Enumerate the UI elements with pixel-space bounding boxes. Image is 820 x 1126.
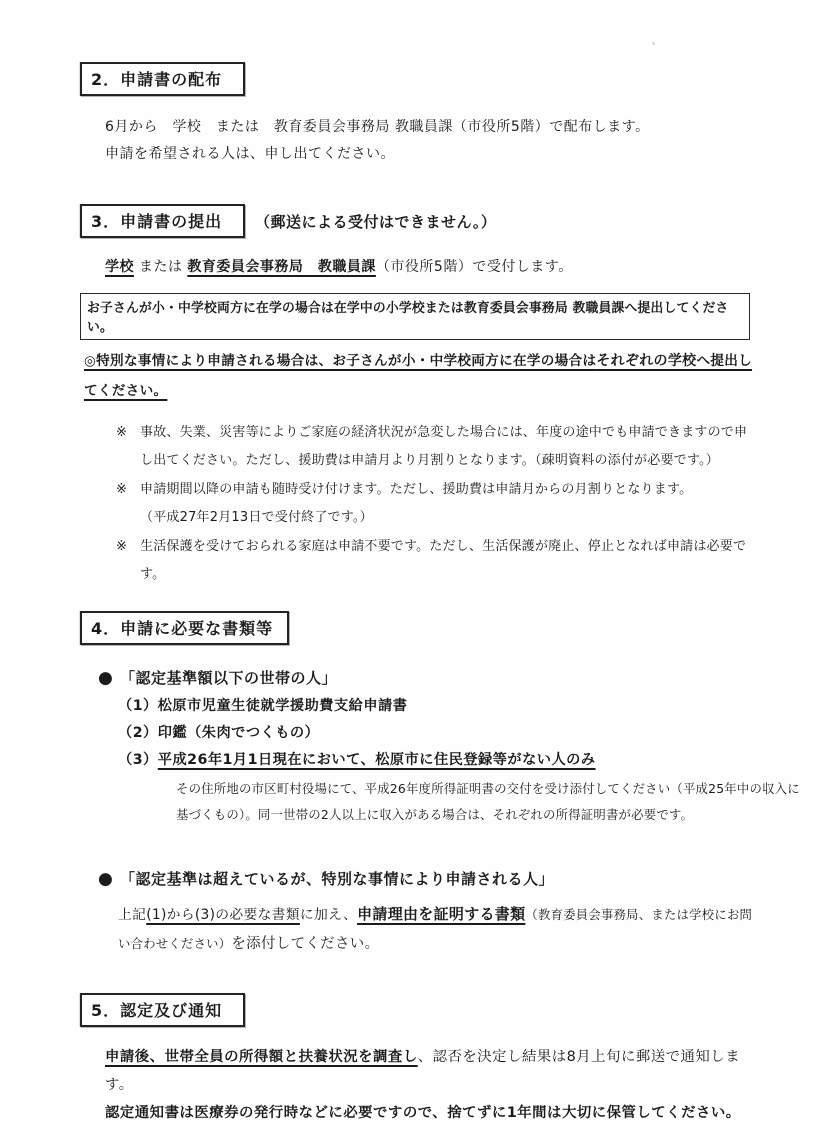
section-4-title: 4．申請に必要な書類等 — [91, 619, 273, 638]
special-case-line: ◎特別な事情により申請される場合は、お子さんが小・中学校両方に在学の場合はそれぞ… — [84, 346, 756, 406]
section-5-heading-row: 5．認定及び通知 — [80, 993, 750, 1027]
item-3-description: その住所地の市区町村役場にて、平成26年度所得証明書の交付を受け添付してください… — [176, 776, 801, 828]
note-3-text: 生活保護を受けておられる家庭は申請不要です。ただし、生活保護が廃止、停止となれば… — [140, 533, 750, 589]
section-2-line-1: 6月から 学校 または 教育委員会事務局 教職員課（市役所5階）で配布します。 — [105, 114, 750, 141]
group-2-label: 「認定基準は超えているが、特別な事情により申請される人」 — [120, 866, 554, 892]
accept-part-school: 学校 — [105, 259, 134, 275]
required-item-1: （1）松原市児童生徒就学援助費支給申請書 — [118, 693, 750, 720]
scanned-document-page: 2．申請書の配布 6月から 学校 または 教育委員会事務局 教職員課（市役所5階… — [0, 0, 820, 1126]
note-item-3: ※ 生活保護を受けておられる家庭は申請不要です。ただし、生活保護が廃止、停止とな… — [116, 533, 750, 589]
accept-part-board: 教育委員会事務局 教職員課 — [187, 259, 376, 275]
section-2-heading-row: 2．申請書の配布 — [80, 62, 750, 96]
item-3-prefix: （3） — [118, 752, 158, 768]
section-3-heading-note: （郵送による受付はできません。） — [255, 211, 496, 232]
scan-speck — [652, 42, 655, 45]
section-4-heading-row: 4．申請に必要な書類等 — [80, 611, 750, 645]
accept-part-or: または — [134, 259, 187, 275]
note-1-text: 事故、失業、災害等によりご家庭の経済状況が急変した場合には、年度の途中でも申請で… — [140, 419, 750, 475]
note-2-text: 申請期間以降の申請も随時受け付けます。ただし、援助費は申請月からの月割りとなりま… — [140, 476, 750, 532]
g2-part-1: 上記 — [118, 907, 146, 923]
required-item-2: （2）印鑑（朱肉でつくもの） — [118, 720, 750, 747]
section-5-line-2: 認定通知書は医療券の発行時などに必要ですので、捨てずに1年間は大切に保管してくだ… — [105, 1099, 750, 1126]
g2-part-attach: を添付してください。 — [231, 936, 379, 952]
section-2-distribution: 2．申請書の配布 6月から 学校 または 教育委員会事務局 教職員課（市役所5階… — [80, 62, 750, 168]
bullet-icon: ● — [98, 665, 120, 691]
group-1-header: ● 「認定基準額以下の世帯の人」 — [98, 665, 750, 691]
g2-part-2: (1)から(3)の必要な書類 — [146, 907, 300, 923]
section-2-title: 2．申請書の配布 — [91, 70, 222, 89]
section-3-submission: 3．申請書の提出 （郵送による受付はできません。） 学校 または 教育委員会事務… — [80, 204, 750, 589]
group-1-label: 「認定基準額以下の世帯の人」 — [120, 665, 337, 691]
accept-part-rest: （市役所5階）で受付します。 — [376, 259, 573, 275]
group-2-header: ● 「認定基準は超えているが、特別な事情により申請される人」 — [98, 866, 750, 892]
document-content: 2．申請書の配布 6月から 学校 または 教育委員会事務局 教職員課（市役所5階… — [0, 0, 820, 1126]
section-3-accept-line: 学校 または 教育委員会事務局 教職員課（市役所5階）で受付します。 — [105, 254, 750, 281]
note-item-2: ※ 申請期間以降の申請も随時受け付けます。ただし、援助費は申請月からの月割りとな… — [116, 476, 750, 532]
group-2-instruction: 上記(1)から(3)の必要な書類に加え、申請理由を証明する書類（教育委員会事務局… — [118, 900, 763, 959]
notes-list: ※ 事故、失業、災害等によりご家庭の経済状況が急変した場合には、年度の途中でも申… — [116, 419, 750, 589]
section-5-notification: 5．認定及び通知 申請後、世帯全員の所得額と扶養状況を調査し、認否を決定し結果は… — [80, 993, 750, 1126]
section-3-heading-row: 3．申請書の提出 （郵送による受付はできません。） — [80, 204, 750, 238]
note-2-sub: （平成27年2月13日で受付終了です。） — [140, 510, 373, 525]
section-3-title: 3．申請書の提出 — [91, 212, 222, 231]
section-5-title: 5．認定及び通知 — [91, 1001, 222, 1020]
special-part-1: ◎特別な事情により申請される場合は、お子さんが小・中学校両方に在学の場合は — [84, 353, 596, 369]
special-part-emphasis: それぞれの学校 — [596, 353, 696, 369]
note-item-1: ※ 事故、失業、災害等によりご家庭の経済状況が急変した場合には、年度の途中でも申… — [116, 419, 750, 475]
item-3-condition: 平成26年1月1日現在において、松原市に住民登録等がない人のみ — [158, 752, 596, 768]
note-marker-icon: ※ — [116, 533, 140, 589]
note-marker-icon: ※ — [116, 419, 140, 475]
section-4-heading-box: 4．申請に必要な書類等 — [80, 611, 289, 645]
section-5-heading-box: 5．認定及び通知 — [80, 993, 245, 1027]
required-item-3: （3）平成26年1月1日現在において、松原市に住民登録等がない人のみ — [118, 747, 750, 774]
section-4-required-documents: 4．申請に必要な書類等 ● 「認定基準額以下の世帯の人」 （1）松原市児童生徒就… — [80, 611, 750, 959]
note-2-main: 申請期間以降の申請も随時受け付けます。ただし、援助費は申請月からの月割りとなりま… — [140, 482, 692, 497]
s5-investigation: 申請後、世帯全員の所得額と扶養状況を調査し — [105, 1049, 418, 1065]
g2-part-proof-docs: 申請理由を証明する書類 — [357, 905, 525, 923]
group-1-items: （1）松原市児童生徒就学援助費支給申請書 （2）印鑑（朱肉でつくもの） （3）平… — [118, 693, 750, 828]
g2-part-3: に加え、 — [300, 907, 357, 923]
section-2-heading-box: 2．申請書の配布 — [80, 62, 245, 96]
section-2-line-2: 申請を希望される人は、申し出てください。 — [105, 141, 750, 168]
note-marker-icon: ※ — [116, 476, 140, 532]
submission-note-box: お子さんが小・中学校両方に在学の場合は在学中の小学校または教育委員会事務局 教職… — [80, 293, 750, 340]
bullet-icon: ● — [98, 866, 120, 892]
section-3-heading-box: 3．申請書の提出 — [80, 204, 245, 238]
scan-speck — [520, 1056, 523, 1058]
section-5-line-1: 申請後、世帯全員の所得額と扶養状況を調査し、認否を決定し結果は8月上旬に郵送で通… — [105, 1043, 750, 1099]
